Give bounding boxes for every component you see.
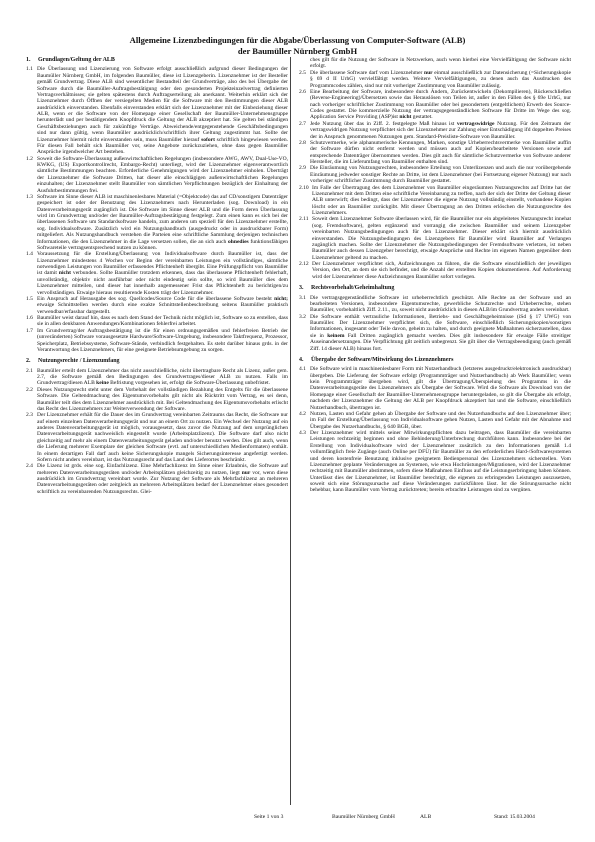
clause-1-6: 1.6Baumüller weist darauf hin, dass es n… <box>26 315 288 328</box>
left-column: 1.Grundlagen/Geltung der ALB 1.1Die Über… <box>26 57 296 495</box>
section-heading-2: 2.Nutzungsrechte / Lizenzumfang <box>26 358 288 364</box>
clause-2-3: 2.3Der Lizenznehmer erhält für die Dauer… <box>26 412 288 463</box>
title-line-1: Allgemeine Lizenzbedingungen für die Abg… <box>0 35 595 46</box>
section-heading-3: 3.Rechtsvorbehalt/Geheimhaltung <box>299 285 571 291</box>
clause-2-5: 2.5Die überlassene Software darf vom Liz… <box>299 70 571 89</box>
title-line-2: der Baumüller Nürnberg GmbH <box>0 46 595 57</box>
right-column: ches gilt für die Nutzung der Software i… <box>290 57 571 805</box>
document-title: Allgemeine Lizenzbedingungen für die Abg… <box>0 35 595 56</box>
clause-1-2: 1.2Soweit die Software-Überlassung außen… <box>26 156 288 194</box>
clause-2-4: 2.4Die Lizenz ist grds. eine sog. Einfac… <box>26 463 288 495</box>
clause-2-9: 2.9Die Einräumung von Nutzungsrechten, i… <box>299 165 571 184</box>
section-heading-4: 4.Übergabe der Software/Mitwirkung des L… <box>299 357 571 363</box>
clause-2-7: 2.7Jede Nutzung über das in Ziff. 2. fes… <box>299 121 571 140</box>
clause-2-1: 2.1Baumüller erteilt dem Lizenznehmer da… <box>26 368 288 387</box>
clause-2-8: 2.8Schutzvermerke, wie alphanumerische K… <box>299 140 571 166</box>
footer-company: Baumüller Nürnberg GmbH <box>332 814 395 820</box>
clause-2-6: 2.6Eine Bearbeitung der Software, insbes… <box>299 89 571 121</box>
clause-1-3: 1.3Software im Sinne dieser ALB ist masc… <box>26 194 288 251</box>
clause-3-2: 3.2Die Software enthält vertrauliche Inf… <box>299 314 571 352</box>
clause-2-12: 2.12Der Lizenznehmer verpflichtet sich, … <box>299 261 571 280</box>
clause-1-1: 1.1Die Überlassung und Lizenzierung von … <box>26 66 288 155</box>
clause-4-2: 4.2Nutzen, Lasten und Gefahr gehen ab Üb… <box>299 411 571 430</box>
clause-4-3: 4.3Der Lizenznehmer wird mittels seiner … <box>299 430 571 494</box>
clause-1-7: 1.7Im Grundvertrag/der Auftragsbestätigu… <box>26 328 288 354</box>
clause-1-4: 1.4Voraussetzung für die Erstellung/Über… <box>26 251 288 296</box>
clause-2-10: 2.10Im Falle der Übertragung des dem Liz… <box>299 185 571 217</box>
clause-4-1: 4.1Die Software wird in maschinenlesbare… <box>299 366 571 411</box>
page-number: Seite 1 von 3 <box>254 814 283 820</box>
clause-2-4-continued: ches gilt für die Nutzung der Software i… <box>299 57 571 70</box>
footer-doc-code: ALB <box>420 814 431 820</box>
section-heading-1: 1.Grundlagen/Geltung der ALB <box>26 57 288 63</box>
clause-3-1: 3.1Die vertragsgegenständliche Software … <box>299 295 571 314</box>
clause-1-5: 1.5Ein Anspruch auf Herausgabe des sog. … <box>26 296 288 315</box>
footer-date: Stand: 15.03.2004 <box>494 814 535 820</box>
clause-2-11: 2.11Soweit dem Lizenznehmer Software übe… <box>299 216 571 261</box>
clause-2-2: 2.2Dieses Nutzungsrecht steht unter dem … <box>26 387 288 413</box>
